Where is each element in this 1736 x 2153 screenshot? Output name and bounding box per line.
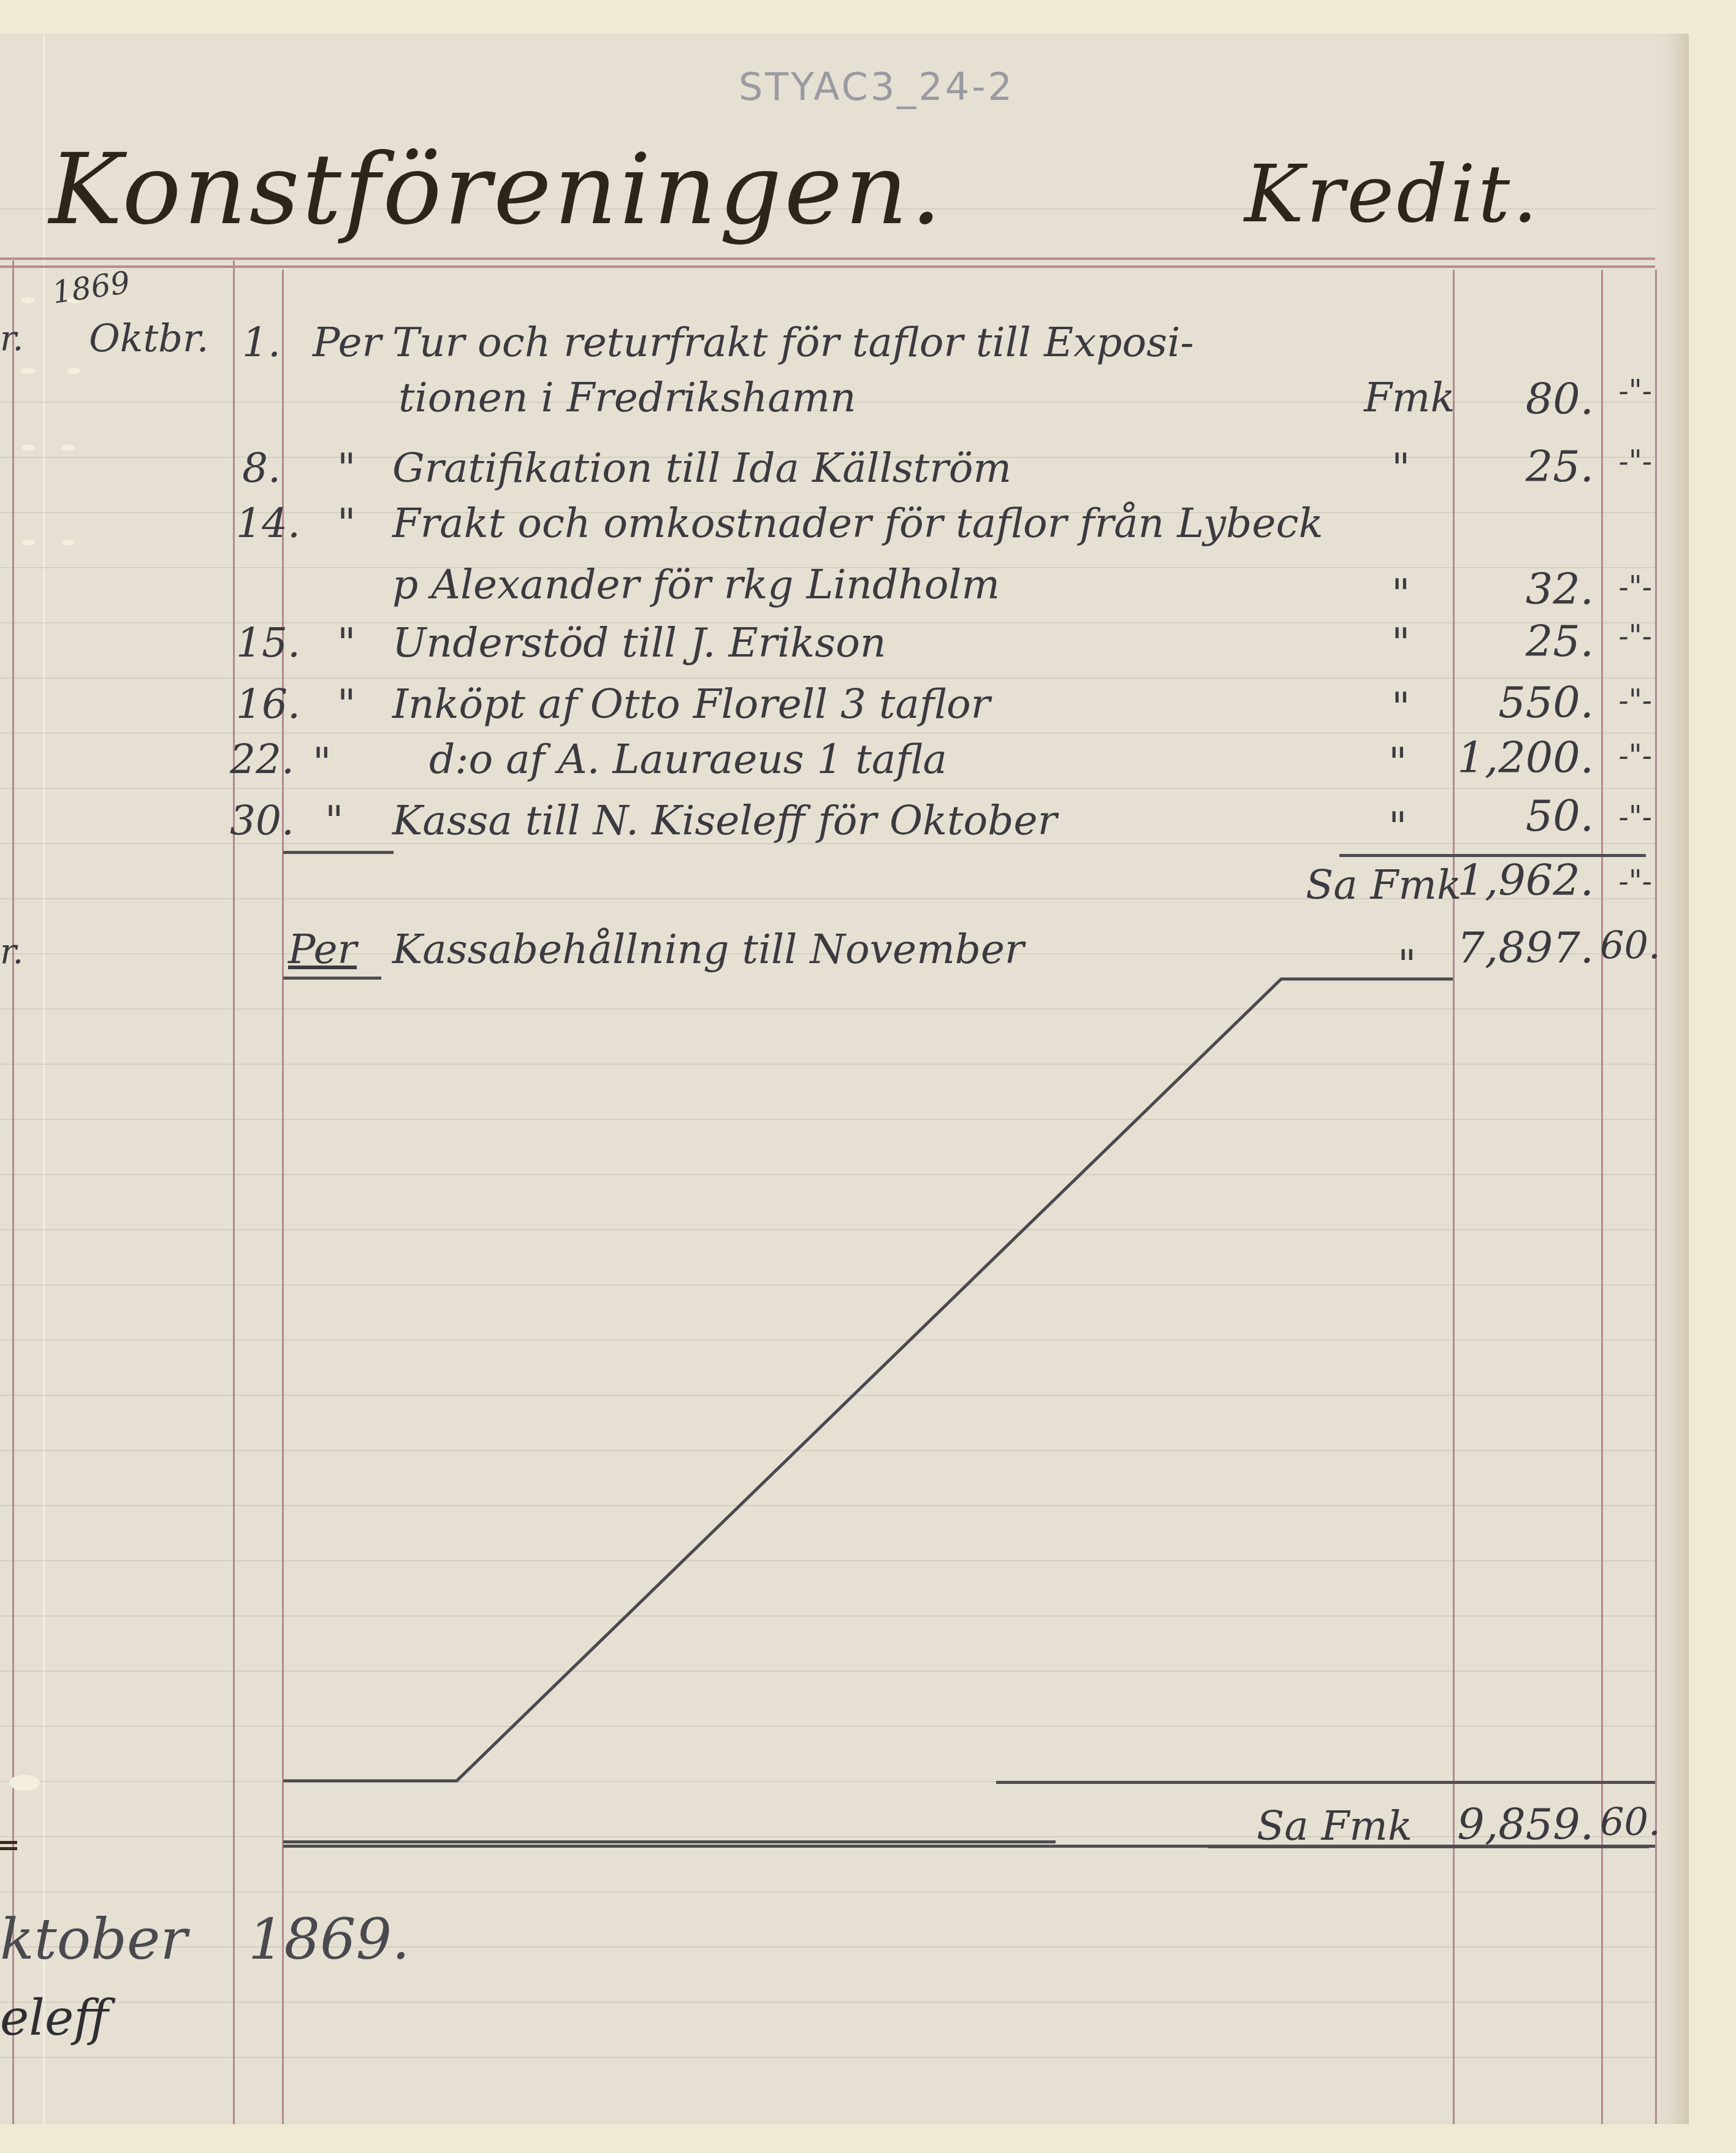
total-amount: 9,859. (1434, 1799, 1594, 1850)
total-rule-top (996, 1781, 1655, 1784)
footer-year: 1869. (248, 1907, 409, 1972)
total-rule-left-1 (283, 1840, 1056, 1843)
total-label: Sa Fmk (1257, 1802, 1412, 1850)
footer-month-fragment: ktober (0, 1907, 187, 1972)
total-ore: 60. (1600, 1799, 1655, 1844)
total-rule-double-2 (283, 1845, 1655, 1848)
signature-fragment: eleff (0, 1989, 108, 2046)
